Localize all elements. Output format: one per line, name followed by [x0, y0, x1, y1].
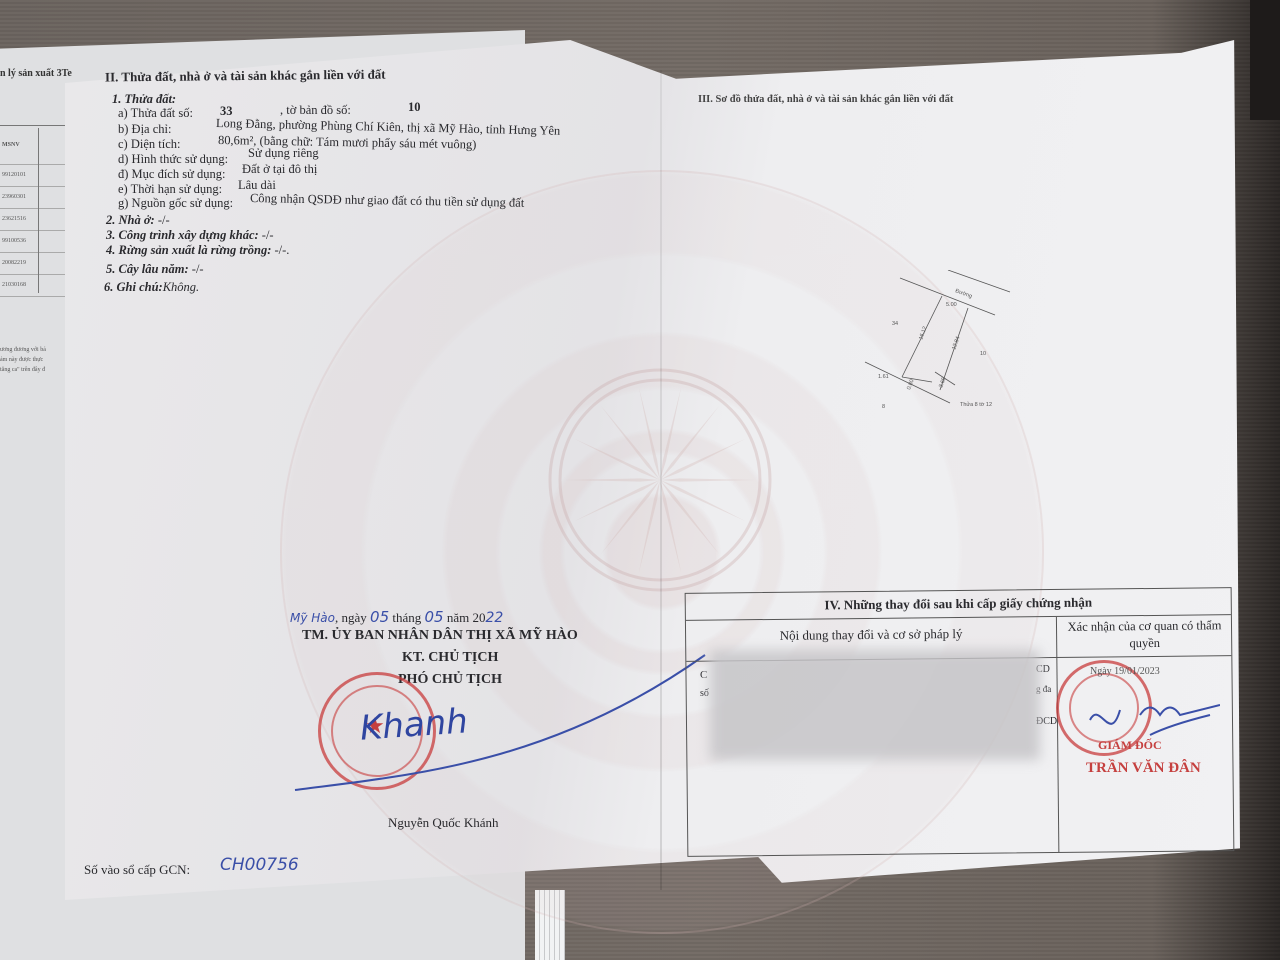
term-label: e) Thời hạn sử dụng: — [118, 182, 222, 197]
purpose-value: Đất ở tại đô thị — [242, 162, 317, 177]
underlying-row: 99100536 — [0, 231, 70, 253]
item2-value: -/- — [158, 213, 170, 227]
confirmation-signer: TRẦN VĂN ĐÂN — [1086, 761, 1201, 776]
changes-column-header: Nội dung thay đổi và cơ sở pháp lý — [686, 625, 1056, 645]
underlying-row: 20082219 — [0, 253, 70, 275]
item5-label: 5. Cây lâu năm: — [106, 262, 189, 276]
plot-neighbor: 8 — [882, 404, 885, 410]
signer-name: Nguyễn Quốc Khánh — [388, 815, 498, 830]
plot-dim: 0.80 — [906, 379, 915, 391]
area-label: c) Diện tích: — [118, 137, 180, 152]
confirmation-role: GIÁM ĐỐC — [1098, 738, 1162, 753]
confirmation-date: Ngày 19/01/2023 — [1090, 664, 1160, 679]
origin-label: g) Nguồn gốc sử dụng: — [118, 196, 233, 211]
plot-dim: 12.84 — [951, 336, 961, 351]
plot-dim: 1.61 — [878, 374, 889, 380]
underlying-footer-line: ảm này được thực — [0, 355, 46, 365]
plot-note: Thửa 8 tờ 12 — [960, 401, 992, 408]
confirmation-column-header: Xác nhận của cơ quan có thẩm quyền — [1058, 617, 1231, 653]
underlying-table-divider — [38, 128, 39, 293]
usage-form-value: Sử dụng riêng — [248, 146, 319, 161]
underlying-table: MSNV 99120101 23960301 23621516 99100536… — [0, 125, 70, 296]
section2-heading: II. Thửa đất, nhà ở và tài sản khác gắn … — [105, 67, 386, 85]
plot-neighbor: 34 — [892, 321, 898, 327]
underlying-footer-line: ương đương với bả — [0, 345, 46, 355]
changes-fragment: C — [700, 668, 707, 683]
underlying-row: 99120101 — [0, 165, 70, 187]
underlying-row: 23960301 — [0, 187, 70, 209]
underlying-title: n lý sản xuất 3Te — [0, 68, 72, 79]
register-label: Số vào sổ cấp GCN: — [84, 862, 190, 877]
underlying-footer-line: tăng ca" trên đây đ — [0, 365, 46, 375]
item1-heading: 1. Thửa đất: — [112, 92, 176, 107]
item3-value: -/- — [262, 228, 274, 242]
underlying-row: 21030168 — [0, 275, 70, 297]
purpose-label: đ) Mục đích sử dụng: — [118, 167, 225, 182]
plot-road-label: Đường — [954, 288, 972, 300]
address-label: b) Địa chỉ: — [118, 122, 171, 137]
item3-label: 3. Công trình xây dựng khác: — [106, 228, 259, 242]
plot-dim: 16.12 — [918, 326, 928, 341]
underlying-footer: ương đương với bả ảm này được thực tăng … — [0, 345, 46, 375]
plot-dim: 3.65 — [938, 377, 947, 389]
underlying-row: 23621516 — [0, 209, 70, 231]
map-sheet-label: , tờ bản đồ số: — [280, 103, 351, 118]
background-shadow — [1250, 0, 1280, 120]
plot-neighbor: 10 — [980, 351, 986, 357]
register-number: CH00756 — [220, 858, 299, 873]
item4-value: -/-. — [275, 243, 290, 257]
usage-form-label: d) Hình thức sử dụng: — [118, 152, 228, 167]
item2-label: 2. Nhà ở: — [106, 213, 155, 227]
item4-label: 4. Rừng sản xuất là rừng trồng: — [106, 243, 271, 257]
map-sheet-number: 10 — [408, 100, 421, 115]
plot-dim: 5.00 — [946, 302, 957, 308]
signature-stroke — [290, 600, 710, 800]
item5-value: -/- — [192, 262, 204, 276]
underlying-column-header: MSNV — [0, 126, 70, 165]
changes-fragment: số — [700, 686, 709, 701]
redacted-content — [710, 650, 1040, 760]
item6-value: Không. — [163, 280, 199, 294]
item6-label: 6. Ghi chú: — [104, 280, 163, 294]
parcel-plot-diagram: Đường 5.00 16.12 12.84 1.61 0.80 3.65 34… — [860, 270, 1040, 410]
section3-heading: III. Sơ đồ thửa đất, nhà ở và tài sản kh… — [698, 92, 953, 107]
parcel-label: a) Thửa đất số: — [118, 106, 193, 121]
